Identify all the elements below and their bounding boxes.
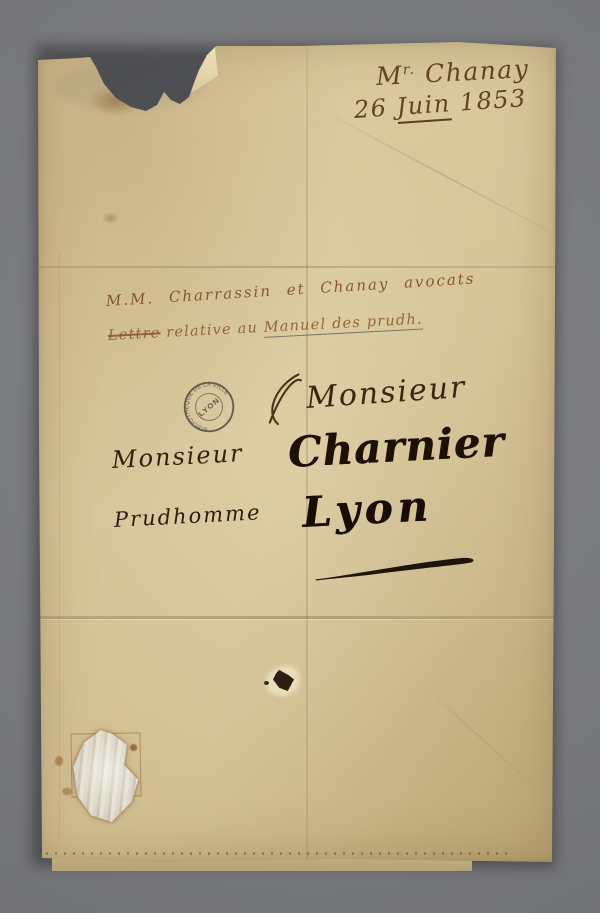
addressee-superscript: r.	[402, 62, 415, 79]
salutation: Monsieur	[111, 439, 244, 474]
letter-page: Mr. Chanay 26 Juin 1853 M.M. Charrassin …	[38, 40, 556, 862]
docket-middle-text: relative au	[166, 320, 259, 341]
recipient-title: Prudhomme	[113, 500, 262, 532]
addressee-initial: M	[375, 61, 404, 91]
salutation-large: Monsieur	[258, 359, 468, 429]
paper-hole-speck	[264, 681, 269, 685]
docket-underlined-text: Manuel des prudh.	[263, 312, 423, 338]
city-name: Lyon	[301, 481, 434, 537]
rust-mark	[55, 756, 63, 766]
photo-background: Mr. Chanay 26 Juin 1853 M.M. Charrassin …	[0, 0, 600, 913]
date-day: 26	[353, 94, 388, 124]
stamp-center-text: LYON	[197, 396, 222, 419]
rust-mark-2	[62, 788, 72, 795]
salutation-large-text: Monsieur	[305, 369, 468, 415]
docket-struck-word: Lettre	[108, 325, 161, 344]
date-month: Juin	[396, 89, 452, 124]
seal-stain-dot	[130, 744, 137, 751]
ink-stain-dot	[102, 212, 119, 224]
addressee-name: Chanay	[424, 54, 530, 88]
bottom-edge-specks	[46, 852, 514, 855]
fold-line-vertical-faint	[59, 252, 60, 840]
pen-flourish-icon	[258, 370, 308, 429]
docket-line-2: Lettre relative au Manuel des prudh.	[108, 312, 424, 344]
diagonal-crease-top	[311, 104, 577, 246]
docket-line-1: M.M. Charrassin et Chanay avocats	[105, 269, 476, 310]
diagonal-crease-bottom	[417, 680, 544, 795]
fold-line-horizontal-bottom	[38, 616, 556, 619]
recipient-name: Charnier	[287, 417, 506, 477]
fold-line-horizontal-top	[38, 266, 556, 268]
date-year: 1853	[459, 84, 528, 117]
library-stamp: BIBLIOTHEQUE DE LA VILLE LYON	[165, 363, 252, 450]
city-underline-flourish	[314, 550, 489, 581]
